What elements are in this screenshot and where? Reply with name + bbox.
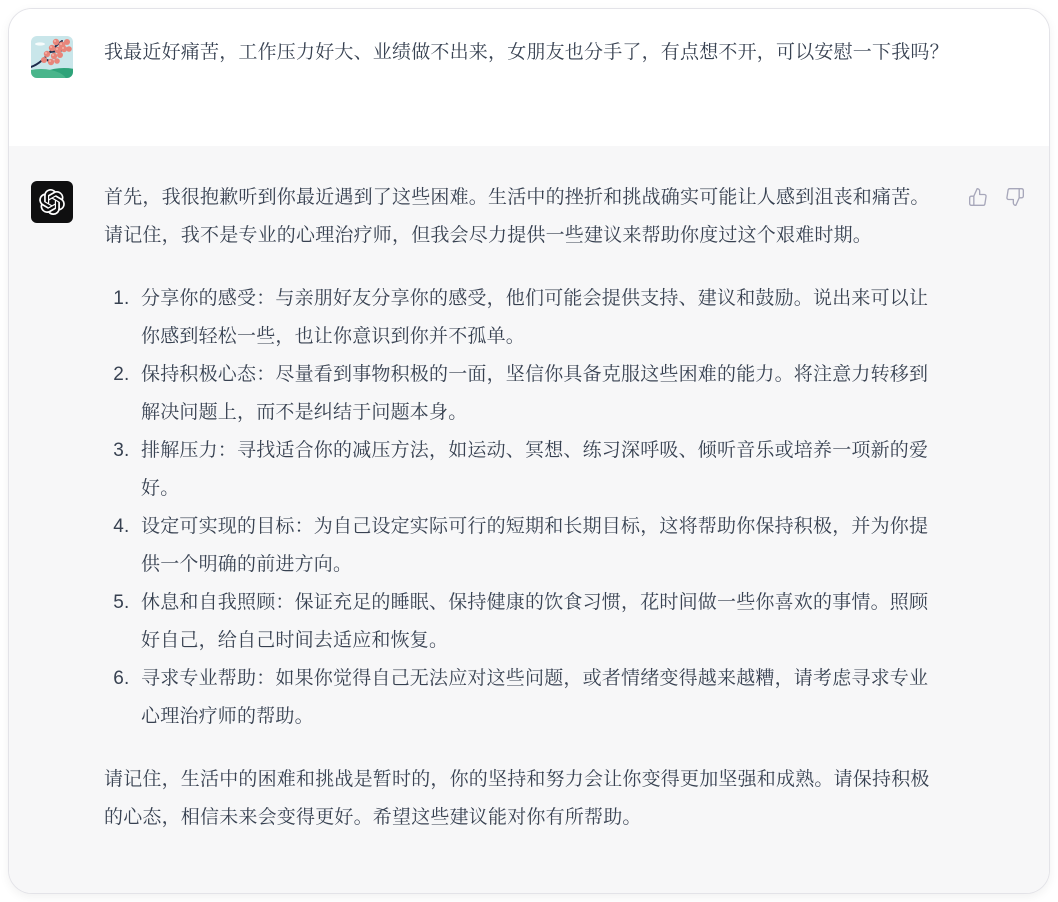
user-avatar: [31, 36, 73, 78]
thumbs-up-button[interactable]: [968, 187, 988, 207]
chatgpt-avatar: [31, 181, 73, 223]
advice-list: 分享你的感受：与亲朋好友分享你的感受，他们可能会提供支持、建议和鼓励。说出来可以…: [104, 280, 944, 736]
cherry-blossom-avatar-icon: [31, 36, 73, 78]
list-item: 设定可实现的目标：为自己设定实际可行的短期和长期目标，这将帮助你保持积极，并为你…: [135, 508, 944, 584]
assistant-intro-paragraph: 首先，我很抱歉听到你最近遇到了这些困难。生活中的挫折和挑战确实可能让人感到沮丧和…: [104, 179, 944, 255]
thumbs-up-icon: [968, 187, 988, 207]
list-item: 保持积极心态：尽量看到事物积极的一面，坚信你具备克服这些困难的能力。将注意力转移…: [135, 356, 944, 432]
chat-window: 我最近好痛苦，工作压力好大、业绩做不出来，女朋友也分手了，有点想不开，可以安慰一…: [8, 8, 1050, 894]
list-item: 分享你的感受：与亲朋好友分享你的感受，他们可能会提供支持、建议和鼓励。说出来可以…: [135, 280, 944, 356]
thumbs-down-icon: [1005, 187, 1025, 207]
openai-logo-icon: [39, 189, 65, 215]
list-item: 排解压力：寻找适合你的减压方法，如运动、冥想、练习深呼吸、倾听音乐或培养一项新的…: [135, 432, 944, 508]
thumbs-down-button[interactable]: [1005, 187, 1025, 207]
user-message: 我最近好痛苦，工作压力好大、业绩做不出来，女朋友也分手了，有点想不开，可以安慰一…: [9, 9, 1049, 146]
list-item: 寻求专业帮助：如果你觉得自己无法应对这些问题，或者情绪变得越来越糟，请考虑寻求专…: [135, 660, 944, 736]
list-item: 休息和自我照顾：保证充足的睡眠、保持健康的饮食习惯，花时间做一些你喜欢的事情。照…: [135, 584, 944, 660]
assistant-closing-paragraph: 请记住，生活中的困难和挑战是暂时的，你的坚持和努力会让你变得更加坚强和成熟。请保…: [104, 761, 944, 837]
assistant-message: 首先，我很抱歉听到你最近遇到了这些困难。生活中的挫折和挑战确实可能让人感到沮丧和…: [9, 146, 1049, 894]
feedback-controls: [968, 187, 1025, 207]
assistant-message-content: 首先，我很抱歉听到你最近遇到了这些困难。生活中的挫折和挑战确实可能让人感到沮丧和…: [104, 179, 944, 837]
user-message-text: 我最近好痛苦，工作压力好大、业绩做不出来，女朋友也分手了，有点想不开，可以安慰一…: [104, 34, 969, 72]
